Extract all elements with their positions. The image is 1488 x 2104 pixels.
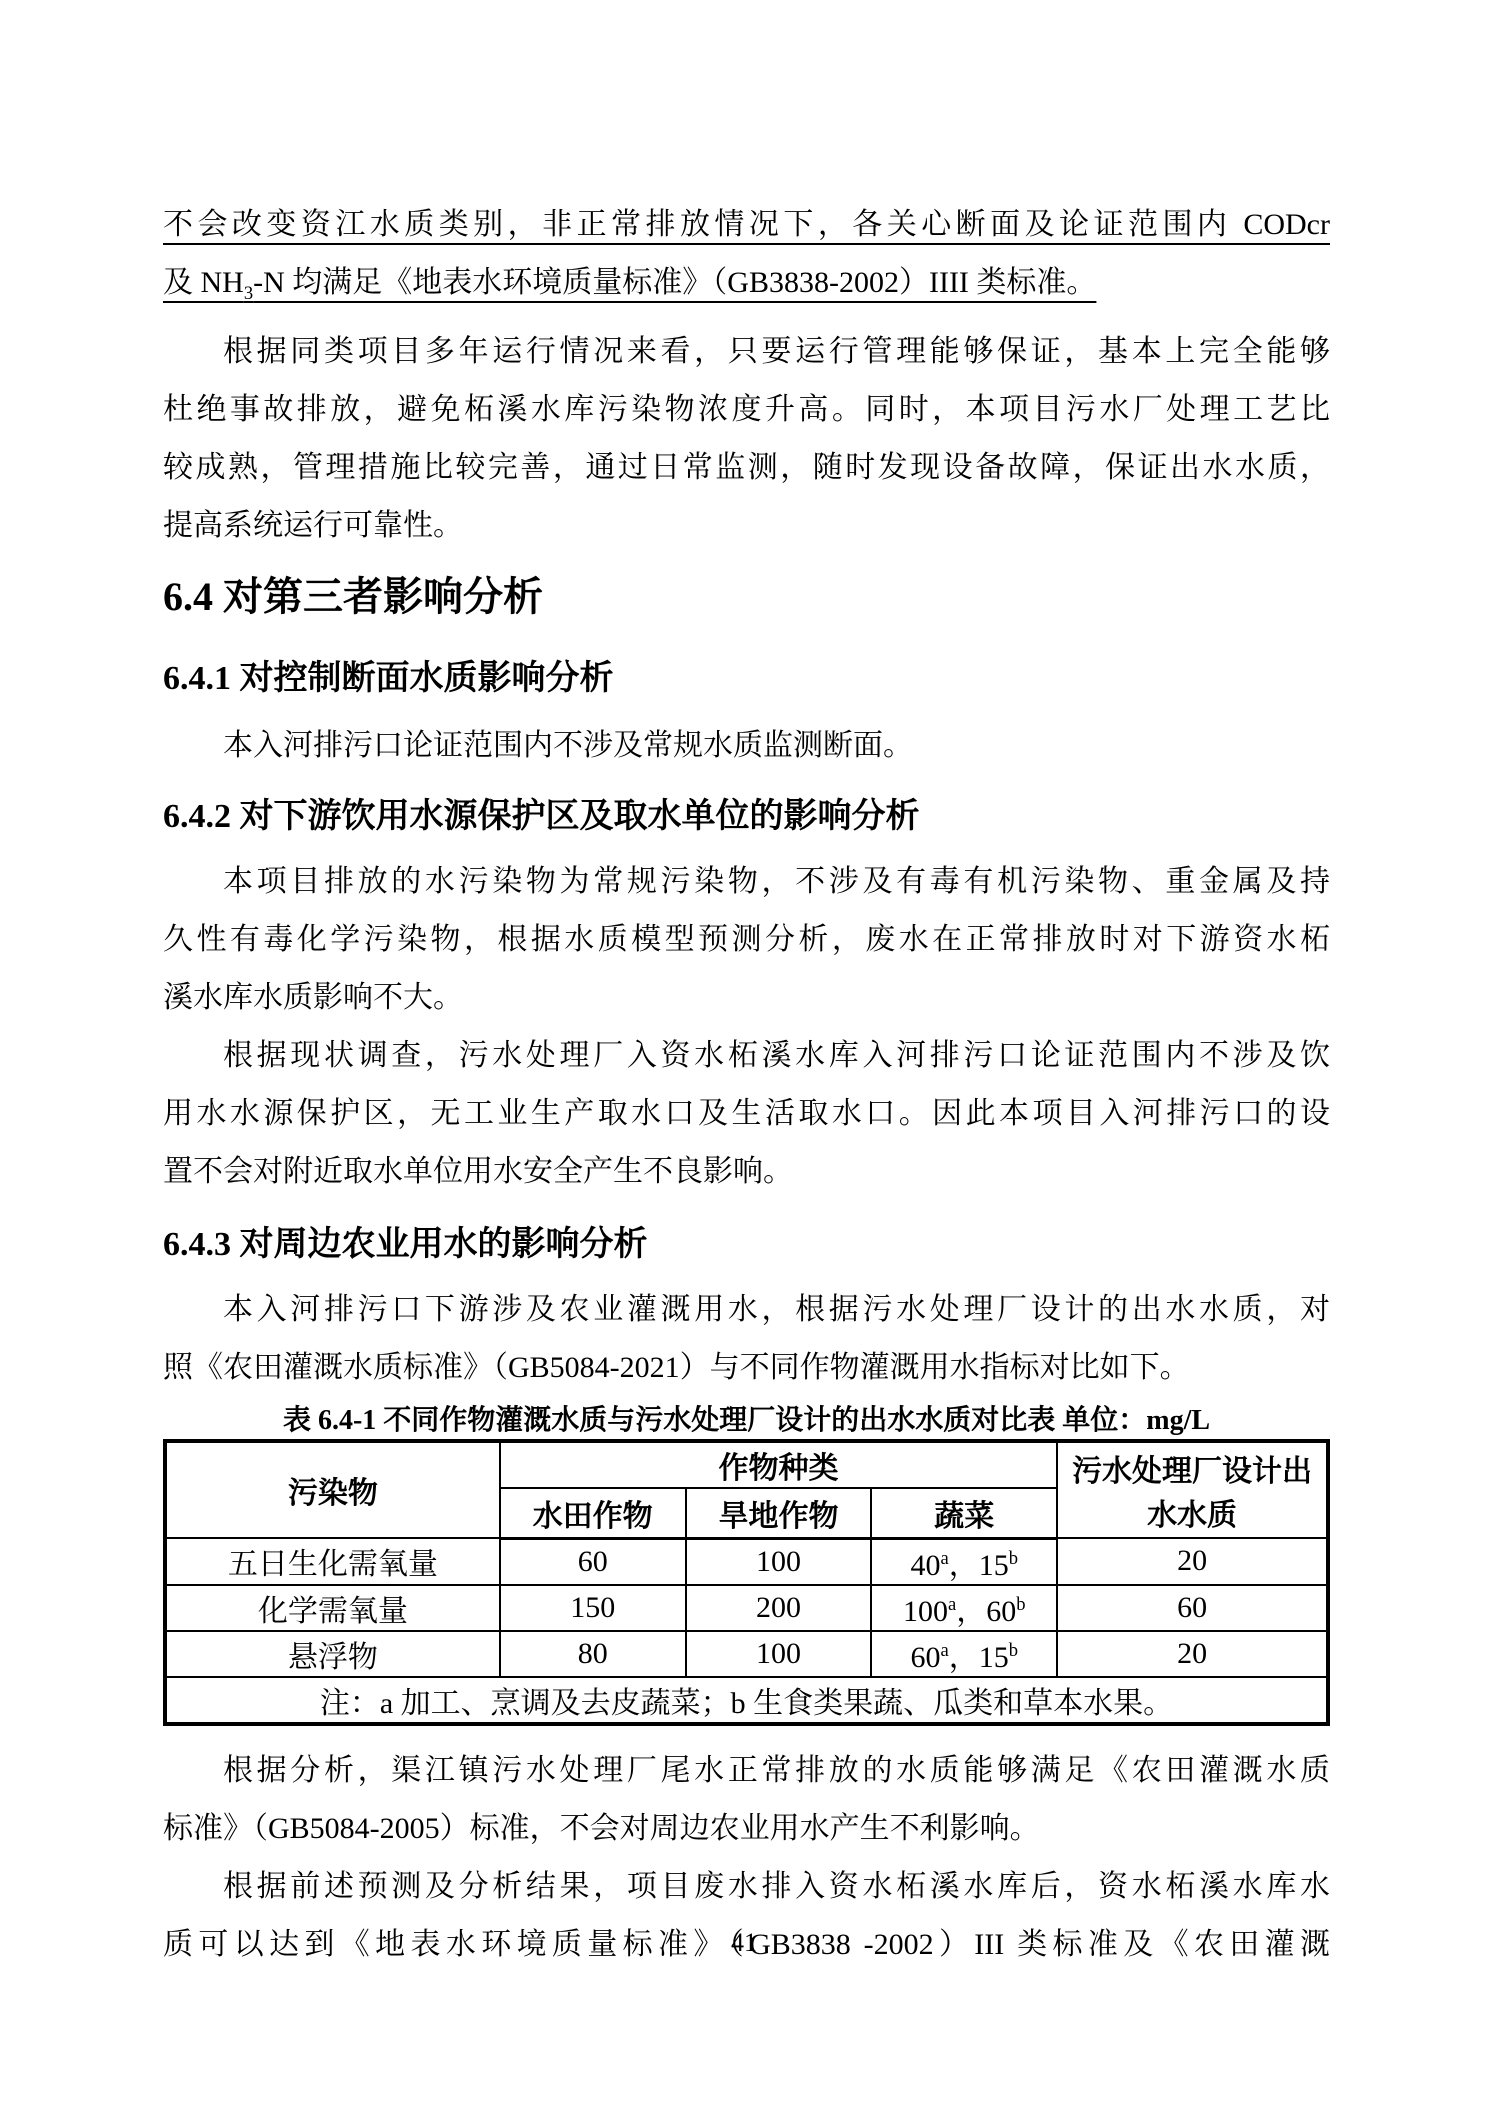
cell-dryland: 100 [686, 1631, 872, 1677]
cell-paddy: 80 [500, 1631, 686, 1677]
paragraph-line: 标准》（GB5084-2005）标准，不会对周边农业用水产生不利影响。 [163, 1800, 1330, 1858]
underlined-text: 不会改变资江水质类别，非正常排放情况下，各关心断面及论证范围内 CODcr [163, 208, 1330, 241]
paragraph-line: 根据现状调查，污水处理厂入资水柘溪水库入河排污口论证范围内不涉及饮 [163, 1027, 1330, 1085]
header-plant-design: 污水处理厂设计出水水质 [1057, 1441, 1328, 1538]
document-page: 不会改变资江水质类别，非正常排放情况下，各关心断面及论证范围内 CODcr 及 … [0, 0, 1488, 2104]
section-heading-6-4: 6.4 对第三者影响分析 [163, 567, 1330, 627]
cell-vegetable: 60a，15b [871, 1631, 1057, 1677]
table-title: 表 6.4-1 不同作物灌溉水质与污水处理厂设计的出水水质对比表 单位：mg/L [163, 1403, 1330, 1439]
value: 15 [979, 1549, 1009, 1582]
cell-pollutant: 五日生化需氧量 [165, 1538, 500, 1585]
paragraph-line: 较成熟，管理措施比较完善，通过日常监测，随时发现设备故障，保证出水水质， [163, 439, 1330, 497]
paragraph-line: 久性有毒化学污染物，根据水质模型预测分析，废水在正常排放时对下游资水柘 [163, 911, 1330, 969]
header-pollutant: 污染物 [165, 1441, 500, 1538]
value: 15 [979, 1641, 1009, 1674]
cell-design: 20 [1057, 1538, 1328, 1585]
paragraph-line: 杜绝事故排放，避免柘溪水库污染物浓度升高。同时，本项目污水厂处理工艺比 [163, 381, 1330, 439]
text-segment: -N 均满足《地表水环境质量标准》（GB3838-2002）IIII 类标准。 [253, 266, 1096, 299]
underlined-paragraph-line-2: 及 NH3-N 均满足《地表水环境质量标准》（GB3838-2002）IIII … [163, 254, 1330, 323]
table-row: 化学需氧量 150 200 100a，60b 60 [165, 1585, 1328, 1631]
table-row: 悬浮物 80 100 60a，15b 20 [165, 1631, 1328, 1677]
cell-paddy: 150 [500, 1585, 686, 1631]
cell-design: 20 [1057, 1631, 1328, 1677]
cell-vegetable: 100a，60b [871, 1585, 1057, 1631]
paragraph-line: 照《农田灌溉水质标准》（GB5084-2021）与不同作物灌溉用水指标对比如下。 [163, 1339, 1330, 1397]
cell-pollutant: 化学需氧量 [165, 1585, 500, 1631]
separator: ， [949, 1641, 979, 1674]
value: 60 [986, 1595, 1016, 1628]
cell-pollutant: 悬浮物 [165, 1631, 500, 1677]
footnote-marker: a [940, 1548, 948, 1569]
cell-dryland: 200 [686, 1585, 872, 1631]
page-content: 不会改变资江水质类别，非正常排放情况下，各关心断面及论证范围内 CODcr 及 … [163, 196, 1330, 1974]
footnote-marker: b [1016, 1594, 1025, 1615]
paragraph-line: 置不会对附近取水单位用水安全产生不良影响。 [163, 1143, 1330, 1201]
page-number: 41 [0, 1928, 1488, 1958]
paragraph-line: 根据同类项目多年运行情况来看，只要运行管理能够保证，基本上完全能够 [163, 323, 1330, 381]
cell-paddy: 60 [500, 1538, 686, 1585]
text-segment: 及 NH [163, 266, 244, 299]
paragraph-line: 用水水源保护区，无工业生产取水口及生活取水口。因此本项目入河排污口的设 [163, 1085, 1330, 1143]
paragraph-line: 本入河排污口论证范围内不涉及常规水质监测断面。 [163, 717, 1330, 775]
subscript: 3 [244, 283, 253, 304]
paragraph-line: 根据分析，渠江镇污水处理厂尾水正常排放的水质能够满足《农田灌溉水质 [163, 1742, 1330, 1800]
underlined-text: 及 NH3-N 均满足《地表水环境质量标准》（GB3838-2002）IIII … [163, 266, 1096, 299]
separator: ， [956, 1595, 986, 1628]
footnote-marker: a [940, 1640, 948, 1661]
header-paddy: 水田作物 [500, 1488, 686, 1538]
table-note-row: 注：a 加工、烹调及去皮蔬菜；b 生食类果蔬、瓜类和草本水果。 [165, 1677, 1328, 1724]
table-row: 五日生化需氧量 60 100 40a，15b 20 [165, 1538, 1328, 1585]
separator: ， [949, 1549, 979, 1582]
paragraph-line: 提高系统运行可靠性。 [163, 497, 1330, 555]
cell-dryland: 100 [686, 1538, 872, 1585]
section-heading-6-4-3: 6.4.3 对周边农业用水的影响分析 [163, 1217, 1330, 1273]
underlined-paragraph-line-1: 不会改变资江水质类别，非正常排放情况下，各关心断面及论证范围内 CODcr [163, 196, 1330, 254]
header-dryland: 旱地作物 [686, 1488, 872, 1538]
cell-design: 60 [1057, 1585, 1328, 1631]
paragraph-line: 溪水库水质影响不大。 [163, 969, 1330, 1027]
paragraph-line: 本项目排放的水污染物为常规污染物，不涉及有毒有机污染物、重金属及持 [163, 853, 1330, 911]
section-heading-6-4-2: 6.4.2 对下游饮用水源保护区及取水单位的影响分析 [163, 789, 1330, 845]
header-crop-type: 作物种类 [500, 1441, 1057, 1488]
table-note: 注：a 加工、烹调及去皮蔬菜；b 生食类果蔬、瓜类和草本水果。 [165, 1677, 1328, 1724]
footnote-marker: b [1009, 1640, 1018, 1661]
footnote-marker: b [1009, 1548, 1018, 1569]
paragraph-line: 本入河排污口下游涉及农业灌溉用水，根据污水处理厂设计的出水水质，对 [163, 1281, 1330, 1339]
section-heading-6-4-1: 6.4.1 对控制断面水质影响分析 [163, 651, 1330, 707]
header-vegetable: 蔬菜 [871, 1488, 1057, 1538]
value: 100 [903, 1595, 948, 1628]
paragraph-line: 根据前述预测及分析结果，项目废水排入资水柘溪水库后，资水柘溪水库水 [163, 1858, 1330, 1916]
table-header-row-1: 污染物 作物种类 污水处理厂设计出水水质 [165, 1441, 1328, 1488]
value: 60 [910, 1641, 940, 1674]
footnote-marker: a [948, 1594, 956, 1615]
irrigation-water-quality-table: 污染物 作物种类 污水处理厂设计出水水质 水田作物 旱地作物 蔬菜 五日生化需氧… [163, 1439, 1330, 1726]
value: 40 [910, 1549, 940, 1582]
cell-vegetable: 40a，15b [871, 1538, 1057, 1585]
